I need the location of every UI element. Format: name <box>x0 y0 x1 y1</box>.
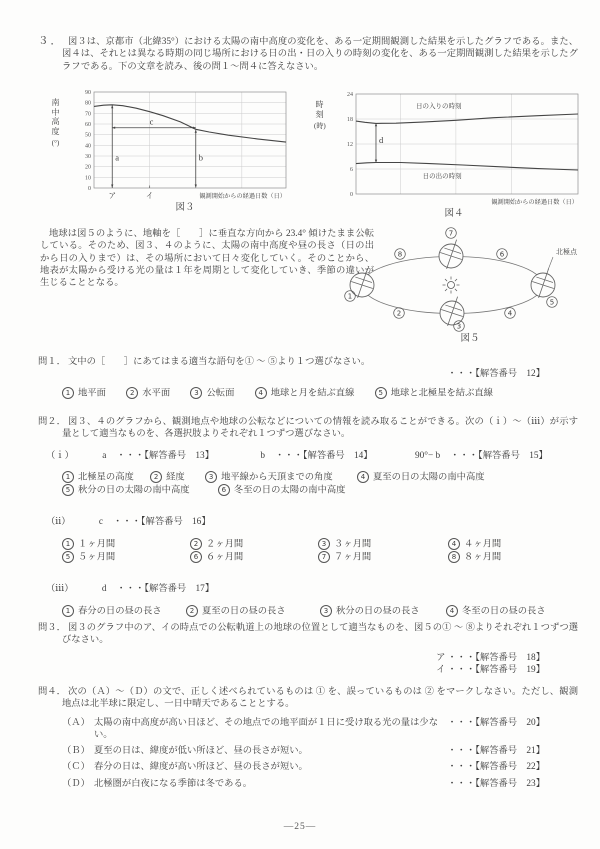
option: 2経度 <box>150 471 185 484</box>
q3-text: 図３のグラフ中のア、イの時点での公転軌道上の地球の位置として適当なものを、図５の… <box>38 622 578 647</box>
option: 2夏至の日の昼の長さ <box>186 605 300 618</box>
y-tick-label: 18 <box>347 117 353 123</box>
annotation-label-c: c <box>150 117 154 127</box>
svg-text:2: 2 <box>397 310 401 318</box>
option: 3公転面 <box>190 387 234 400</box>
option: 8８ヶ月間 <box>448 551 558 564</box>
q4-label: 問４． <box>38 686 66 698</box>
answer-ref: ・・・【解答番号 22】 <box>447 761 578 773</box>
q4-statement-c: （Ｃ） 春分の日は、緯度が高い所ほど、昼の長さが短い。 ・・・【解答番号 22】 <box>38 761 578 773</box>
option-label: 水平面 <box>142 388 170 398</box>
x-axis-label: 観測開始からの経過日数（日） <box>491 198 578 206</box>
y-tick-label: 70 <box>85 111 91 117</box>
orbit-position-1: 1 <box>345 291 356 302</box>
q2-ii-label: （ⅱ） <box>46 517 71 527</box>
y-tick-label: 6 <box>350 167 353 173</box>
q2-ii-item-c: c・・・【解答番号 16】 <box>99 516 211 528</box>
series-label: 日の出の時刻 <box>423 171 463 180</box>
orbit-position-6: 6 <box>497 249 508 260</box>
arrowhead <box>195 185 197 188</box>
orbit-position-5: 5 <box>547 297 558 308</box>
series-label: 日の入りの時刻 <box>416 101 462 110</box>
arrowhead <box>195 130 197 133</box>
answer-ref: ・・・【解答番号 14】 <box>275 451 373 461</box>
answer-ref: ・・・【解答番号 15】 <box>450 451 548 461</box>
option-number: 2 <box>126 387 138 399</box>
y-tick-label: 24 <box>347 92 353 98</box>
annotation-label-a: a <box>115 152 119 162</box>
y-tick-label: 30 <box>85 154 91 160</box>
y-tick-label: 0 <box>350 192 353 198</box>
q2-i-label: （ｉ） <box>46 451 74 461</box>
fig4-y-axis-label: 時刻 (時) <box>314 100 325 132</box>
option: 4冬至の日の昼の長さ <box>446 605 558 618</box>
option: 3地平線から天頂までの角度 <box>205 471 333 484</box>
fig4-caption: 図４ <box>314 208 594 220</box>
option-label: 地平面 <box>78 388 106 398</box>
fig4-y-axis-unit: (時) <box>314 122 325 132</box>
answer-ref: ・・・【解答番号 23】 <box>447 778 578 790</box>
q2-label: 問２． <box>38 416 66 428</box>
fig3-y-axis-label: 南中高度 (°) <box>50 98 61 149</box>
y-tick-label: 90 <box>85 90 91 96</box>
q2-i-options-row2: 5秋分の日の太陽の南中高度 6冬至の日の太陽の南中高度 <box>38 484 578 497</box>
option: 6冬至の日の太陽の南中高度 <box>218 484 346 497</box>
y-tick-label: 60 <box>85 122 91 128</box>
north-pole-label: 北極点 <box>556 247 578 256</box>
q1-answer-ref: ・・・【解答番号 12】 <box>38 368 578 380</box>
option-label: 地球と月を結ぶ直線 <box>271 388 355 398</box>
q2-iii-options: 1春分の日の昼の長さ 2夏至の日の昼の長さ 3秋分の日の昼の長さ 4冬至の日の昼… <box>38 605 578 618</box>
x-tick-label: ア <box>108 191 116 200</box>
arrowhead <box>112 127 115 129</box>
arrowhead <box>111 185 113 188</box>
q4-text: 次の（Ａ）～（Ｄ）の文で、正しく述べられているものは ① を、誤っているものは … <box>38 686 578 711</box>
y-tick-label: 0 <box>88 186 91 192</box>
problem-header: ３． 図３は、京都市（北緯35°）における太陽の南中高度の変化を、ある一定期間観… <box>38 36 578 73</box>
earth-icon-top <box>439 240 463 269</box>
body-paragraph: 地球は図５のように、地軸を［ ］に垂直な方向から 23.4° 傾けたまま公転して… <box>40 228 374 289</box>
exam-page: ３． 図３は、京都市（北緯35°）における太陽の南中高度の変化を、ある一定期間観… <box>0 0 600 849</box>
question-3: 問３． 図３のグラフ中のア、イの時点での公転軌道上の地球の位置として適当なものを… <box>38 622 578 676</box>
curve-noon-altitude <box>94 105 286 142</box>
option: 5５ヶ月間 <box>62 551 170 564</box>
svg-text:3: 3 <box>457 323 461 331</box>
figure3: 南中高度 (°) 0102030405060708090アイ観測開始からの経過日… <box>50 86 320 214</box>
q2-i-options-row1: 1北極星の高度 2経度 3地平線から天頂までの角度 4夏至の日の太陽の南中高度 <box>38 471 578 484</box>
question-1: 問１． 文中の［ ］にあてはまる適当な語句を① ～ ⑤より１つ選びなさい。 ・・… <box>38 356 578 399</box>
q2-i-item-b: b・・・【解答番号 14】 <box>260 450 372 462</box>
y-tick-label: 10 <box>85 175 91 181</box>
y-tick-label: 50 <box>85 133 91 139</box>
option: 4４ヶ月間 <box>448 538 558 551</box>
fig3-chart: 0102030405060708090アイ観測開始からの経過日数（日）abc <box>66 86 316 200</box>
sun-icon <box>443 277 460 294</box>
svg-text:8: 8 <box>398 251 402 259</box>
q3-answer-ref-a: ア・・・【解答番号 18】 <box>38 652 578 664</box>
y-tick-label: 12 <box>347 142 353 148</box>
fig4-chart: 06121824観測開始からの経過日数（日）日の入りの時刻日の出の時刻d <box>328 86 592 206</box>
q2-ii-options: 1１ヶ月間 2２ヶ月間 3３ヶ月間 4４ヶ月間 5５ヶ月間 6６ヶ月間 7７ヶ月… <box>38 538 578 564</box>
orbit-position-3: 3 <box>454 321 465 332</box>
fig3-y-axis-unit: (°) <box>50 139 61 149</box>
q4-statement-d: （Ｄ） 北極圏が白夜になる季節は冬である。 ・・・【解答番号 23】 <box>38 778 578 790</box>
q1-text: 文中の［ ］にあてはまる適当な語句を① ～ ⑤より１つ選びなさい。 <box>38 356 578 368</box>
option: 1春分の日の昼の長さ <box>62 605 166 618</box>
option: 5地球と北極星を結ぶ直線 <box>375 387 493 400</box>
y-tick-label: 40 <box>85 143 91 149</box>
option: 1１ヶ月間 <box>62 538 170 551</box>
q4-statement-b: （Ｂ） 夏至の日は、緯度が低い所ほど、昼の長さが短い。 ・・・【解答番号 21】 <box>38 745 578 757</box>
option: 4地球と月を結ぶ直線 <box>255 387 355 400</box>
option: 6６ヶ月間 <box>190 551 298 564</box>
option-label: 公転面 <box>206 388 234 398</box>
svg-text:5: 5 <box>550 299 554 307</box>
annotation-label-d: d <box>379 135 384 145</box>
svg-text:7: 7 <box>449 230 453 238</box>
earth-icon-bottom <box>440 297 464 326</box>
orbit-position-4: 4 <box>505 308 516 319</box>
option: 3３ヶ月間 <box>318 538 428 551</box>
option: 1北極星の高度 <box>62 471 134 484</box>
option-number: 4 <box>255 387 267 399</box>
answer-ref: ・・・【解答番号 17】 <box>117 584 215 594</box>
option: 4夏至の日の太陽の南中高度 <box>357 471 485 484</box>
q2-iii-row: （ⅲ） d・・・【解答番号 17】 <box>38 583 578 595</box>
option-number: 1 <box>62 387 74 399</box>
plot-frame <box>94 92 286 188</box>
q2-ii-row: （ⅱ） c・・・【解答番号 16】 <box>38 516 578 528</box>
svg-text:4: 4 <box>508 310 513 318</box>
answer-ref: ・・・【解答番号 13】 <box>116 451 214 461</box>
q1-label: 問１． <box>38 356 66 368</box>
figure4: 時刻 (時) 06121824観測開始からの経過日数（日）日の入りの時刻日の出の… <box>314 86 594 220</box>
q3-answer-ref-i: イ・・・【解答番号 19】 <box>38 664 578 676</box>
q4-statement-a: （Ａ） 太陽の南中高度が高い日ほど、その地点での地平面が１日に受け取る光の量は少… <box>38 717 578 742</box>
orbit-position-7: 7 <box>446 228 457 239</box>
option: 3秋分の日の昼の長さ <box>320 605 426 618</box>
option: 7７ヶ月間 <box>318 551 428 564</box>
option: 5秋分の日の太陽の南中高度 <box>62 484 190 497</box>
y-tick-label: 20 <box>85 165 91 171</box>
q2-text: 図３、４のグラフから、観測地点や地球の公転などについての情報を読み取ることができ… <box>38 416 578 441</box>
orbit-position-2: 2 <box>394 308 405 319</box>
problem-number: ３． <box>38 36 63 48</box>
north-pole-leader-line <box>548 257 553 270</box>
figure5: 北極点 1 2 3 4 5 6 7 8 図５ <box>344 224 596 345</box>
x-axis-label: 観測開始からの経過日数（日） <box>199 192 286 200</box>
curve-sunset <box>356 114 578 123</box>
problem-intro: 図３は、京都市（北緯35°）における太陽の南中高度の変化を、ある一定期間観測した… <box>38 36 578 73</box>
option: 1地平面 <box>62 387 106 400</box>
question-4: 問４． 次の（Ａ）～（Ｄ）の文で、正しく述べられているものは ① を、誤っている… <box>38 686 578 790</box>
arrowhead <box>111 105 113 108</box>
annotation-label-b: b <box>199 152 203 162</box>
q3-label: 問３． <box>38 622 66 634</box>
answer-ref: ・・・【解答番号 16】 <box>113 517 211 527</box>
svg-text:6: 6 <box>500 251 505 259</box>
option-label: 地球と北極星を結ぶ直線 <box>391 388 493 398</box>
option: 2２ヶ月間 <box>190 538 298 551</box>
fig3-caption: 図３ <box>50 202 320 214</box>
y-tick-label: 80 <box>85 101 91 107</box>
answer-ref: ・・・【解答番号 21】 <box>447 745 578 757</box>
svg-text:1: 1 <box>348 293 352 301</box>
page-number: —25— <box>0 821 600 833</box>
answer-ref: ・・・【解答番号 20】 <box>447 717 578 742</box>
q2-iii-label: （ⅲ） <box>46 584 74 594</box>
x-tick-label: イ <box>146 191 154 200</box>
option: 2水平面 <box>126 387 170 400</box>
q1-options: 1地平面 2水平面 3公転面 4地球と月を結ぶ直線 5地球と北極星を結ぶ直線 <box>38 387 578 400</box>
fig5-caption: 図５ <box>344 333 596 345</box>
q2-i-item-a: a・・・【解答番号 13】 <box>102 450 214 462</box>
q2-i-item-90b: 90°− b・・・【解答番号 15】 <box>415 450 548 462</box>
q2-iii-item-d: d・・・【解答番号 17】 <box>102 583 214 595</box>
q2-i-row: （ｉ） a・・・【解答番号 13】 b・・・【解答番号 14】 90°− b・・… <box>38 450 578 462</box>
fig5-orbit-diagram: 北極点 1 2 3 4 5 6 7 8 <box>344 224 594 331</box>
question-2: 問２． 図３、４のグラフから、観測地点や地球の公転などについての情報を読み取るこ… <box>38 416 578 617</box>
option-number: 3 <box>190 387 202 399</box>
orbit-position-8: 8 <box>395 249 406 260</box>
option-number: 5 <box>375 387 387 399</box>
